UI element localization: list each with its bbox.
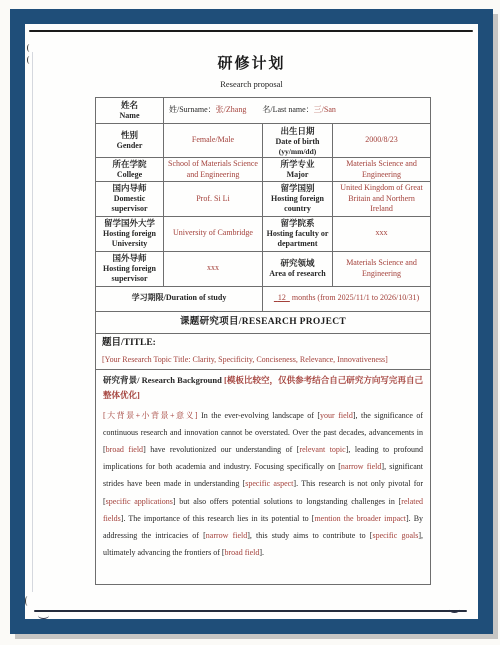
doc-title: 研修计划: [25, 52, 478, 73]
doc-subtitle: Research proposal: [25, 79, 478, 89]
scan-artifact-curl: [449, 606, 460, 613]
field-value-gender: Female/Male: [164, 124, 263, 158]
title-label: 题目/TITLE:: [102, 337, 424, 350]
section-header-row: 课题研究项目/RESEARCH PROJECT: [96, 311, 431, 333]
scan-fold-line: [32, 52, 33, 592]
table-row: 学习期限/Duration of study 12 months (from 2…: [96, 286, 431, 311]
field-label-gender: 性别 Gender: [96, 124, 164, 158]
field-label-college: 所在学院 College: [96, 158, 164, 182]
title-placeholder: [Your Research Topic Title: Clarity, Spe…: [102, 354, 424, 365]
table-row: 留学国外大学 Hosting foreign University Univer…: [96, 216, 431, 251]
field-label-hosting-supervisor: 国外导师 Hosting foreign supervisor: [96, 251, 164, 286]
document-page: 研修计划 Research proposal 姓名 Name 姓/Surname…: [25, 24, 478, 619]
table-row: 性别 Gender Female/Male 出生日期 Date of birth…: [96, 124, 431, 158]
document-canvas: 研修计划 Research proposal 姓名 Name 姓/Surname…: [0, 0, 500, 645]
scan-artifact-top-line: [29, 30, 473, 32]
field-value-hosting-supervisor: xxx: [164, 251, 263, 286]
field-value-duration: 12 months (from 2025/11/1 to 2026/10/31): [263, 286, 431, 311]
field-value-name: 姓/Surname：张/Zhang 名/Last name：三/San: [164, 98, 431, 124]
table-row: 国内导师 Domestic supervisor Prof. Si Li 留学国…: [96, 182, 431, 217]
research-background-heading: 研究背景/ Research Background [模板比较空，仅供参考结合自…: [103, 373, 423, 404]
field-label-domestic-supervisor: 国内导师 Domestic supervisor: [96, 182, 164, 217]
background-row: 研究背景/ Research Background [模板比较空，仅供参考结合自…: [96, 369, 431, 584]
field-value-major: Materials Science and Engineering: [333, 158, 431, 182]
research-project-header: 课题研究项目/RESEARCH PROJECT: [96, 311, 431, 333]
scan-artifact-curl: [38, 612, 49, 619]
scan-artifact-bottom-line: [34, 610, 467, 612]
research-background-cell: 研究背景/ Research Background [模板比较空，仅供参考结合自…: [96, 369, 431, 584]
field-value-area-of-research: Materials Science and Engineering: [333, 251, 431, 286]
field-label-major: 所学专业 Major: [263, 158, 333, 182]
field-label-duration: 学习期限/Duration of study: [96, 286, 263, 311]
field-value-hosting-faculty: xxx: [333, 216, 431, 251]
field-label-date-of-birth: 出生日期 Date of birth (yy/mm/dd): [263, 124, 333, 158]
field-label-name: 姓名 Name: [96, 98, 164, 124]
field-label-hosting-faculty: 留学院系 Hosting faculty or department: [263, 216, 333, 251]
background-paragraph-2: [研究进展：介绍研究领域的经典工作以及近几年来的代表性工作] Several s…: [103, 578, 423, 580]
background-paragraph-1: [大背景+小背景+意义] In the ever-evolving landsc…: [103, 407, 423, 562]
title-row: 题目/TITLE: [Your Research Topic Title: Cl…: [96, 333, 431, 369]
scan-artifact-mark: [25, 596, 30, 606]
field-label-hosting-university: 留学国外大学 Hosting foreign University: [96, 216, 164, 251]
research-background-content: 研究背景/ Research Background [模板比较空，仅供参考结合自…: [103, 373, 423, 581]
table-row: 姓名 Name 姓/Surname：张/Zhang 名/Last name：三/…: [96, 98, 431, 124]
title-cell: 题目/TITLE: [Your Research Topic Title: Cl…: [96, 333, 431, 369]
field-label-area-of-research: 研究领域 Area of research: [263, 251, 333, 286]
field-value-date-of-birth: 2000/8/23: [333, 124, 431, 158]
field-value-domestic-supervisor: Prof. Si Li: [164, 182, 263, 217]
page-border-frame: 研修计划 Research proposal 姓名 Name 姓/Surname…: [10, 9, 493, 634]
proposal-table: 姓名 Name 姓/Surname：张/Zhang 名/Last name：三/…: [95, 97, 431, 585]
table-row: 所在学院 College School of Materials Science…: [96, 158, 431, 182]
field-value-hosting-country: United Kingdom of Great Britain and Nort…: [333, 182, 431, 217]
field-value-hosting-university: University of Cambridge: [164, 216, 263, 251]
field-label-hosting-country: 留学国别 Hosting foreign country: [263, 182, 333, 217]
table-row: 国外导师 Hosting foreign supervisor xxx 研究领域…: [96, 251, 431, 286]
scan-artifact-mark: [27, 44, 32, 52]
field-value-college: School of Materials Science and Engineer…: [164, 158, 263, 182]
